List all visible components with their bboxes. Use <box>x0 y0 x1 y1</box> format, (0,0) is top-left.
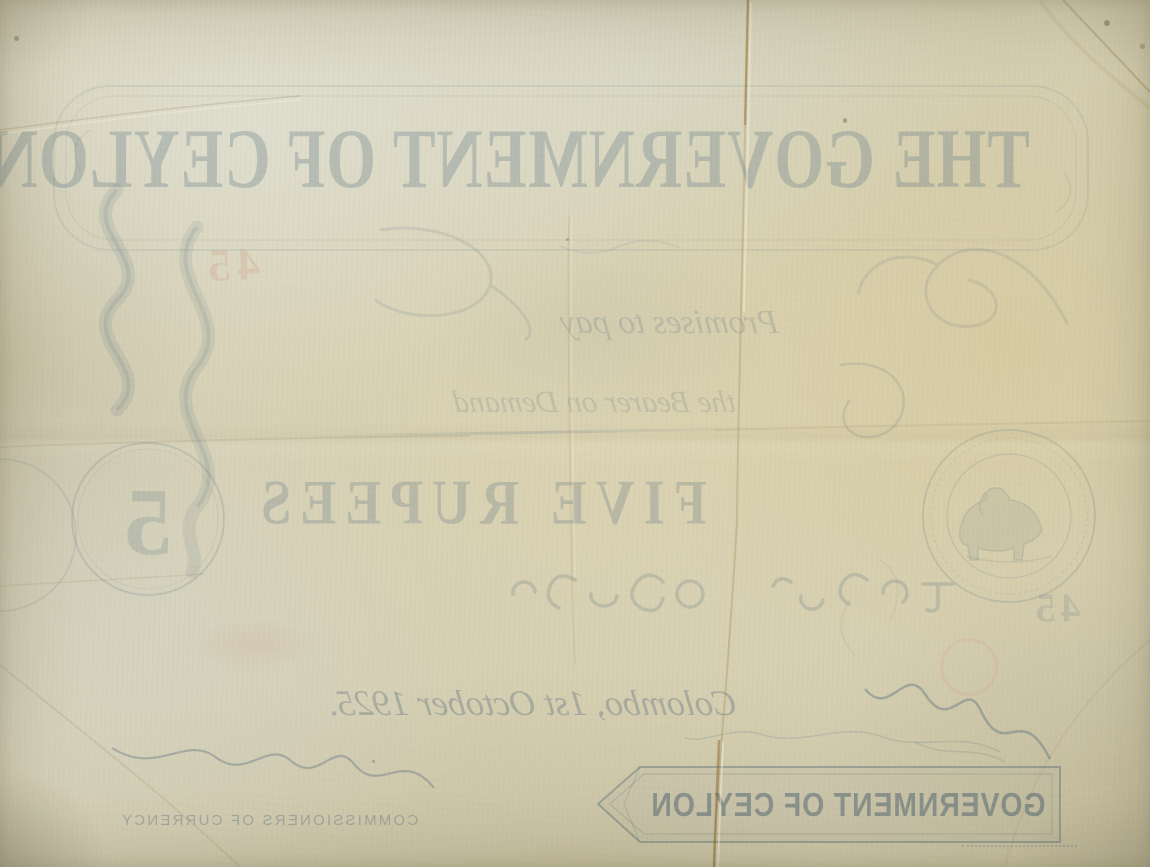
paper-grain-texture <box>0 0 1150 867</box>
banknote-reverse-photo: THE GOVERNMENT OF CEYLON Promises to pay… <box>0 0 1150 867</box>
